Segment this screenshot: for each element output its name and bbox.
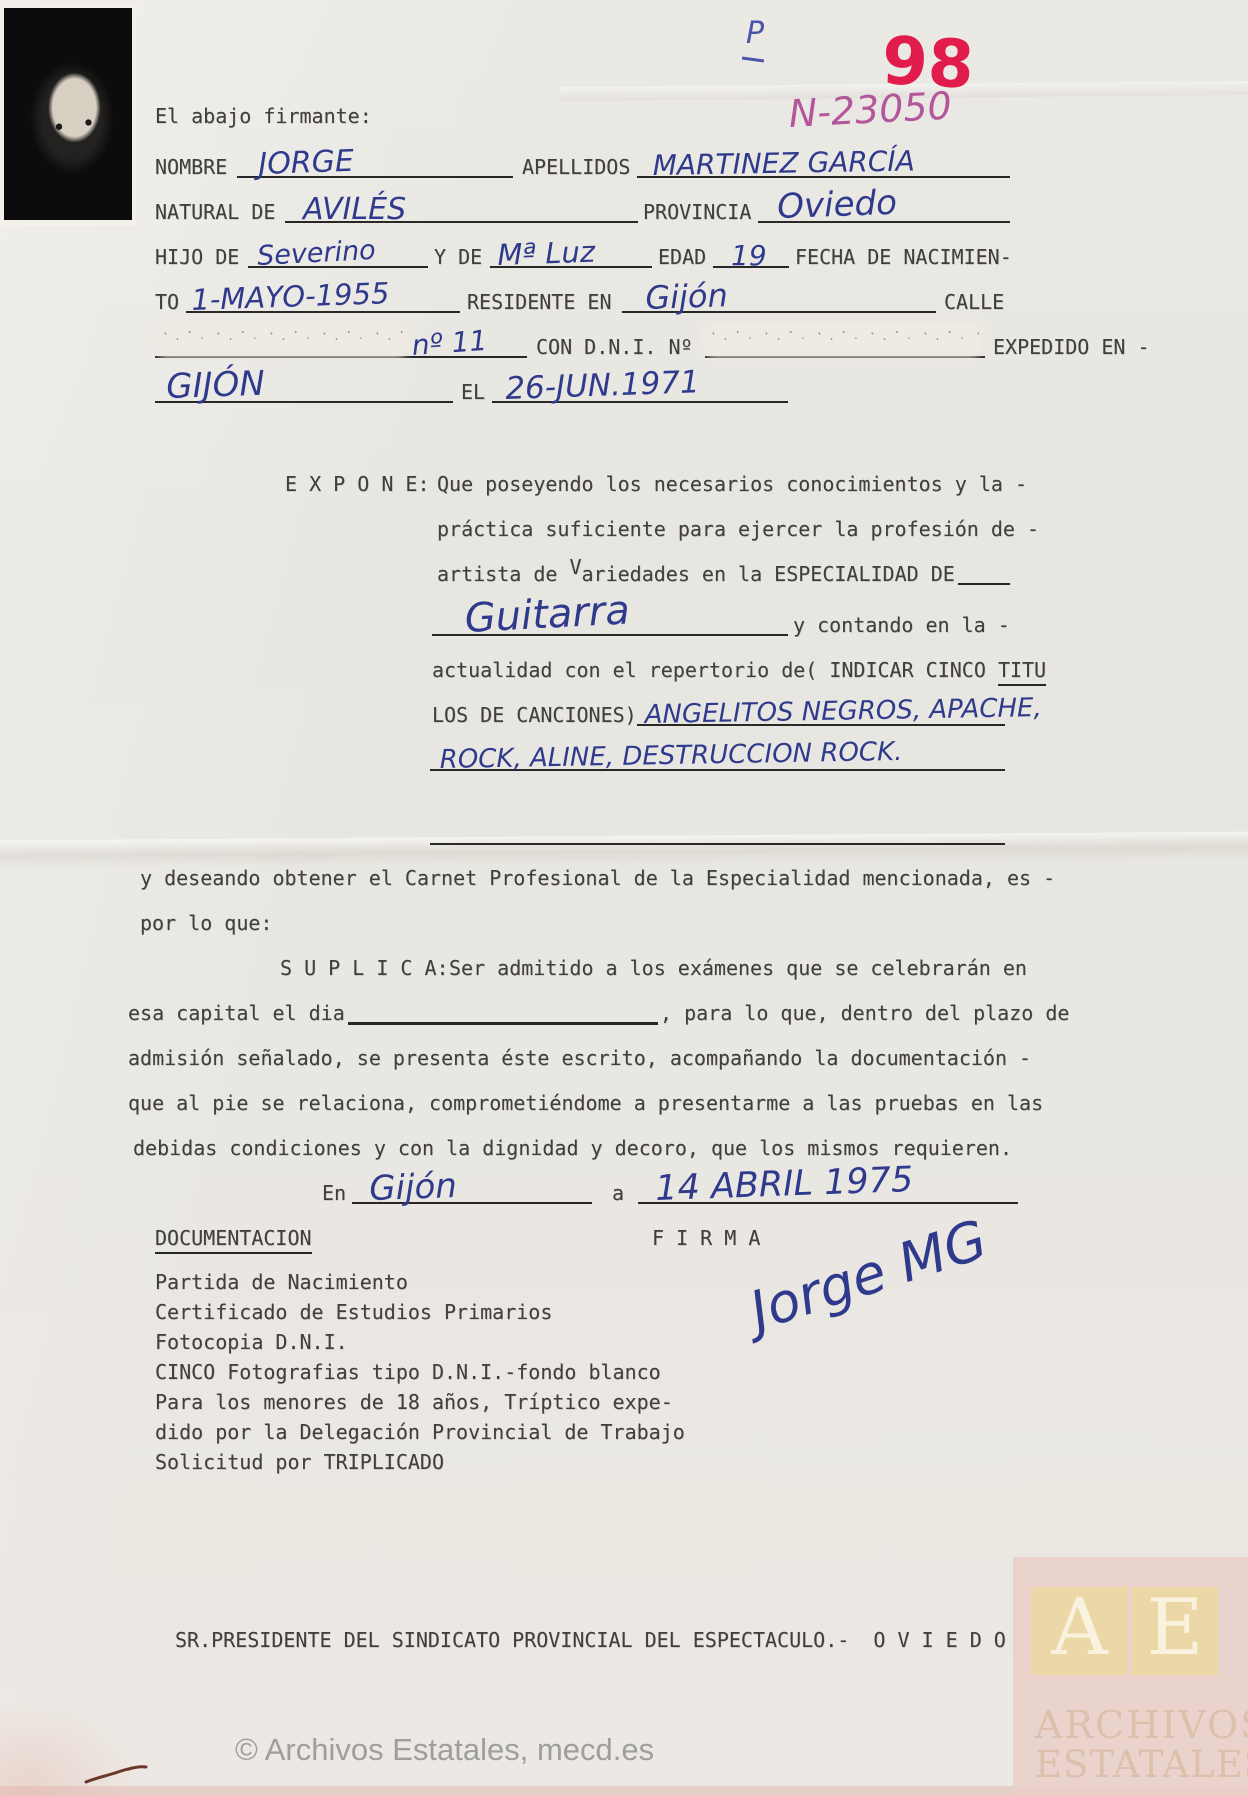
expone-line6-label: LOS DE CANCIONES) — [432, 704, 637, 726]
suplica-line2-pre: esa capital el dia — [128, 1002, 345, 1024]
expone-heading: E X P O N E: — [285, 473, 430, 495]
doc-item-4: CINCO Fotografias tipo D.N.I.-fondo blan… — [155, 1361, 661, 1383]
expone-line3-pre: artista de — [437, 562, 569, 586]
applicant-photo-image — [4, 8, 132, 220]
calle-label: CALLE — [944, 291, 1004, 313]
destinatario-line: SR.PRESIDENTE DEL SINDICATO PROVINCIAL D… — [175, 1629, 1006, 1651]
signature: Jorge MG — [743, 1208, 995, 1343]
provincia-label: PROVINCIA — [643, 201, 751, 223]
fecha-nacimiento-field-line: 1-MAYO-1955 — [186, 277, 460, 313]
peticion-line1: y deseando obtener el Carnet Profesional… — [140, 867, 1055, 889]
documentacion-heading: DOCUMENTACION — [155, 1227, 312, 1254]
expone-line5: actualidad con el repertorio de( INDICAR… — [432, 659, 1046, 681]
residente-en-field-line: Gijón — [622, 277, 936, 313]
firma-heading: F I R M A — [652, 1227, 760, 1249]
fecha-value: 14 ABRIL 1975 — [655, 1160, 914, 1209]
natural-de-label: NATURAL DE — [155, 201, 275, 223]
doc-item-2: Certificado de Estudios Primarios — [155, 1301, 552, 1323]
watermark-square-e: E — [1132, 1587, 1218, 1675]
calle-field-line: nº 11 — [155, 322, 527, 358]
peticion-line2: por lo que: — [140, 912, 272, 934]
madre-field-line: Mª Luz — [490, 232, 652, 268]
expone-line3-post: ariedades en la ESPECIALIDAD DE — [582, 562, 955, 586]
repertorio-empty-line — [430, 809, 1005, 845]
doc-item-6: dido por la Delegación Provincial de Tra… — [155, 1421, 685, 1443]
doc-item-5: Para los menores de 18 años, Tríptico ex… — [155, 1391, 673, 1413]
archives-watermark: A E ARCHIVOS ESTATALES — [1013, 1557, 1248, 1796]
expedido-el-field-line: 26-JUN.1971 — [492, 367, 788, 403]
redacted-dni-number — [707, 326, 979, 352]
watermark-text-line1: ARCHIVOS — [1035, 1703, 1248, 1747]
edad-value: 19 — [731, 239, 767, 272]
apellidos-value: MARTINEZ GARCÍA — [652, 144, 915, 182]
natural-de-value: AVILÉS — [303, 192, 406, 227]
repertorio-value1: ANGELITOS NEGROS, APACHE, — [644, 693, 1041, 730]
document-page: P 98 N-23050 El abajo firmante: NOMBRE J… — [0, 0, 1248, 1796]
residente-en-label: RESIDENTE EN — [467, 291, 612, 313]
provincia-value: Oviedo — [777, 183, 898, 227]
expone-line3-raised-v: V — [569, 555, 581, 579]
watermark-text-line2: ESTATALES — [1035, 1743, 1248, 1786]
expedido-en-field-line: GIJÓN — [155, 367, 453, 403]
padre-field-line: Severino — [248, 232, 428, 268]
watermark-square-a: A — [1031, 1587, 1128, 1675]
suplica-line1: Ser admitido a los exámenes que se celeb… — [449, 957, 1027, 979]
madre-value: Mª Luz — [497, 235, 596, 272]
suplica-line4: que al pie se relaciona, comprometiéndom… — [128, 1092, 1043, 1114]
expone-line5-pre: actualidad con el repertorio de( INDICAR… — [432, 658, 998, 682]
redacted-street-name — [159, 326, 405, 352]
fecha-nacimiento-label2: TO — [155, 291, 179, 313]
natural-de-field-line: AVILÉS — [285, 187, 638, 223]
expedido-en-value: GIJÓN — [166, 364, 266, 407]
dni-field-line — [705, 322, 985, 358]
dni-label: CON D.N.I. Nº — [536, 336, 693, 358]
nombre-value: JORGE — [258, 144, 355, 182]
ink-squiggle — [84, 1762, 148, 1786]
expone-line2: práctica suficiente para ejercer la prof… — [437, 518, 1039, 540]
numero-value: nº 11 — [411, 324, 489, 362]
intro-line: El abajo firmante: — [155, 105, 372, 127]
suplica-line2-post: , para lo que, dentro del plazo de — [660, 1002, 1069, 1024]
repertorio-field-line1: ANGELITOS NEGROS, APACHE, — [637, 690, 1005, 726]
edad-field-line: 19 — [713, 232, 789, 268]
expedido-en-label: EXPEDIDO EN - — [993, 336, 1150, 358]
check-mark: P — [746, 16, 764, 51]
y-de-label: Y DE — [434, 246, 482, 268]
copyright-watermark: © Archivos Estatales, mecd.es — [235, 1732, 654, 1768]
watermark-letter-e: E — [1132, 1583, 1218, 1673]
especialidad-lead-line — [958, 549, 1010, 585]
lugar-field-line: Gijón — [352, 1168, 592, 1204]
expone-line4: y contando en la - — [793, 614, 1010, 636]
suplica-line5: debidas condiciones y con la dignidad y … — [133, 1137, 1012, 1159]
doc-item-7: Solicitud por TRIPLICADO — [155, 1451, 444, 1473]
expone-line3: artista de Variedades en la ESPECIALIDAD… — [437, 563, 955, 585]
expone-line1: Que poseyendo los necesarios conocimient… — [437, 473, 1027, 495]
suplica-line3: admisión señalado, se presenta éste escr… — [128, 1047, 1031, 1069]
expedido-el-value: 26-JUN.1971 — [505, 364, 701, 407]
hijo-de-label: HIJO DE — [155, 246, 239, 268]
doc-item-1: Partida de Nacimiento — [155, 1271, 408, 1293]
reference-number: N-23050 — [788, 84, 953, 136]
apellidos-label: APELLIDOS — [522, 156, 630, 178]
provincia-field-line: Oviedo — [758, 187, 1010, 223]
residente-en-value: Gijón — [645, 276, 729, 317]
fecha-nacimiento-label: FECHA DE NACIMIEN- — [795, 246, 1012, 268]
fecha-field-line: 14 ABRIL 1975 — [638, 1168, 1018, 1204]
watermark-letter-a: A — [1031, 1583, 1128, 1673]
apellidos-field-line: MARTINEZ GARCÍA — [637, 142, 1010, 178]
especialidad-value: Guitarra — [464, 587, 631, 642]
fecha-examen-field-line — [348, 988, 658, 1025]
nombre-field-line: JORGE — [237, 142, 513, 178]
nombre-label: NOMBRE — [155, 156, 227, 178]
padre-value: Severino — [256, 235, 376, 272]
expone-line5-underlined: TITU — [998, 658, 1046, 686]
especialidad-field-line: Guitarra — [432, 600, 788, 636]
repertorio-value2: ROCK, ALINE, DESTRUCCION ROCK. — [439, 737, 902, 775]
fecha-nacimiento-value: 1-MAYO-1955 — [191, 276, 390, 317]
lugar-value: Gijón — [369, 1166, 458, 1209]
fecha-firma-a-label: a — [612, 1182, 624, 1204]
edad-label: EDAD — [658, 246, 706, 268]
doc-item-3: Fotocopia D.N.I. — [155, 1331, 348, 1353]
suplica-heading: S U P L I C A: — [280, 957, 449, 979]
applicant-photo — [0, 6, 136, 226]
fecha-firma-en-label: En — [322, 1182, 346, 1204]
expedido-el-label: EL — [461, 381, 485, 403]
repertorio-field-line2: ROCK, ALINE, DESTRUCCION ROCK. — [430, 735, 1005, 771]
check-mark-underline — [742, 56, 764, 62]
